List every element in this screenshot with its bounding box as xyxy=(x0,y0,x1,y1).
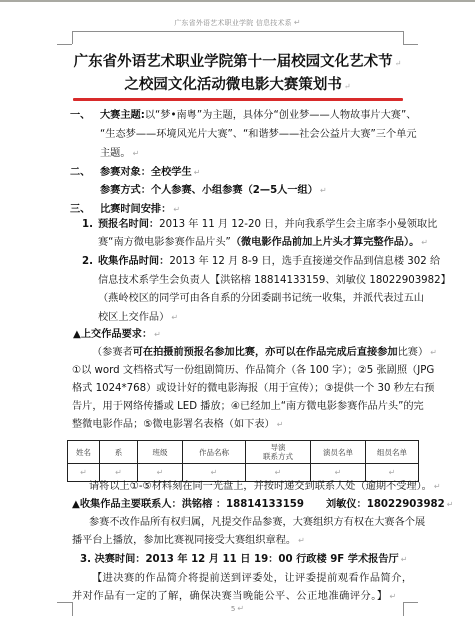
doc-title-line1: 广东省外语艺术职业学院第十一届校园文化艺术节↵ xyxy=(0,50,475,71)
final-time: 3. 决赛时间：2013 年 12 月 11 日 19：00 行政楼 9F 学术… xyxy=(80,553,407,566)
rights-line1: 参赛不改作品所有权归属，凡提交作品参赛，大赛组织方有权在大赛各个展 xyxy=(89,516,425,529)
after-table-note: 请将以上①-⑤材料刻在同一光盘上，并按时递交到联系人处（逾期不受理）。↵ xyxy=(89,480,441,493)
section-1-line1: 大赛主题:以“梦•南粤”为主题，具体分“创业梦——人物故事片大赛”、 xyxy=(100,109,416,122)
table-cell[interactable]: ↵ xyxy=(183,464,246,482)
rights-line2: 播平台上播放，参加比赛视同接受大赛组织章程。↵ xyxy=(72,534,305,547)
item-1-line2: 赛“南方微电影参赛作品片头”（微电影作品前加上片头才算完整作品）。↵ xyxy=(98,236,428,249)
red-divider xyxy=(73,98,403,101)
table-cell[interactable]: ↵ xyxy=(246,464,311,482)
table-header-cell: 演员名单 xyxy=(311,441,366,464)
table-header-cell: 系 xyxy=(100,441,138,464)
requirements-line3: 格式 1024*768）或设计好的微电影海报（用于宣传）；③提供一个 30 秒左… xyxy=(72,382,434,395)
final-note-line2: 并对作品有一定的了解，确保决赛当晚能公平、公正地准确评分。】↵ xyxy=(72,590,397,603)
corner-mark-top-left-h xyxy=(57,44,72,45)
table-cell[interactable]: ↵ xyxy=(311,464,366,482)
table-header-cell: 班级 xyxy=(138,441,183,464)
section-1-number: 一、 xyxy=(70,109,90,122)
table-header-cell: 组员名单 xyxy=(366,441,419,464)
table-header-cell: 导演联系方式 xyxy=(246,441,311,464)
requirements-line4: 告片，用于网络传播或 LED 播放；④已经加上“南方微电影参赛作品片头”的完 xyxy=(72,400,424,413)
item-2-line4: 校区上交作品）↵ xyxy=(98,311,178,324)
table-header-row: 姓名 系 班级 作品名称 导演联系方式 演员名单 组员名单 xyxy=(68,441,419,464)
table-cell[interactable]: ↵ xyxy=(366,464,419,482)
item-2-line3: （燕岭校区的同学可由各自系的分团委副书记统一收集，并派代表过五山 xyxy=(98,292,424,305)
table-cell[interactable]: ↵ xyxy=(68,464,100,482)
item-2-line2: 信息技术系学生会负责人【洪铭榕 18814133159、刘敏仪 18022903… xyxy=(98,274,451,287)
corner-mark-top-right-h xyxy=(403,44,418,45)
section-1-line3: 主题。↵ xyxy=(100,147,139,160)
credits-table: 姓名 系 班级 作品名称 导演联系方式 演员名单 组员名单 ↵ ↵ ↵ ↵ ↵ … xyxy=(67,440,419,482)
running-header: 广东省外语艺术职业学院 信息技术系↵ xyxy=(0,18,475,28)
requirements-line5: 整微电影作品；⑤微电影署名表格（如下表）↵ xyxy=(72,418,283,431)
header-rule xyxy=(72,31,403,32)
section-3-heading: 比赛时间安排：↵ xyxy=(100,203,180,216)
requirements-heading: ▲上交作品要求：↵ xyxy=(73,328,161,341)
window-top-border xyxy=(0,0,475,2)
section-2-mode: 参赛方式：个人参赛、小组参赛（2—5人一组）↵ xyxy=(100,184,327,197)
corner-mark-top-right xyxy=(403,31,404,44)
table-row: ↵ ↵ ↵ ↵ ↵ ↵ ↵ xyxy=(68,464,419,482)
section-2-number: 二、 xyxy=(70,166,90,179)
table-header-cell: 姓名 xyxy=(68,441,100,464)
corner-mark-bottom-right-h xyxy=(403,602,418,603)
requirements-line2: ①以 word 文档格式写一份组剧简历、作品简介（各 100 字）；②5 张剧照… xyxy=(72,364,434,377)
doc-title-line2: 之校园文化活动微电影大赛策划书↵ xyxy=(0,73,475,94)
section-2-target: 参赛对象：全校学生↵ xyxy=(100,166,200,179)
corner-mark-bottom-left-h xyxy=(57,602,72,603)
corner-mark-top-left xyxy=(72,31,73,44)
table-cell[interactable]: ↵ xyxy=(138,464,183,482)
section-3-number: 三、 xyxy=(70,203,90,216)
corner-mark-bottom-left xyxy=(72,602,73,616)
requirements-line1: （参赛者可在拍摄前预报名参加比赛，亦可以在作品完成后直接参加比赛）↵ xyxy=(92,346,437,359)
item-1-line1: 预报名时间：2013 年 11 月 12-20 日，并向我系学生会主席李小曼领取… xyxy=(98,218,437,231)
corner-mark-bottom-right xyxy=(403,602,404,616)
table-cell[interactable]: ↵ xyxy=(100,464,138,482)
section-1-line2: “生态梦——环境风光片大赛”、“和谐梦——社会公益片大赛”三个单元 xyxy=(100,128,417,141)
item-2-line1: 收集作品时间：2013 年 12 月 8-9 日，选手直接递交作品到信息楼 30… xyxy=(98,255,440,268)
table-header-cell: 作品名称 xyxy=(183,441,246,464)
contacts-line: ▲收集作品主要联系人：洪铭榕 ：18814133159刘敏仪：180229039… xyxy=(72,498,453,511)
final-note-line1: 【进决赛的作品简介将提前送到评委处，让评委提前观看作品简介， xyxy=(92,572,413,585)
item-1-number: 1. xyxy=(82,218,93,231)
item-2-number: 2. xyxy=(82,255,93,268)
